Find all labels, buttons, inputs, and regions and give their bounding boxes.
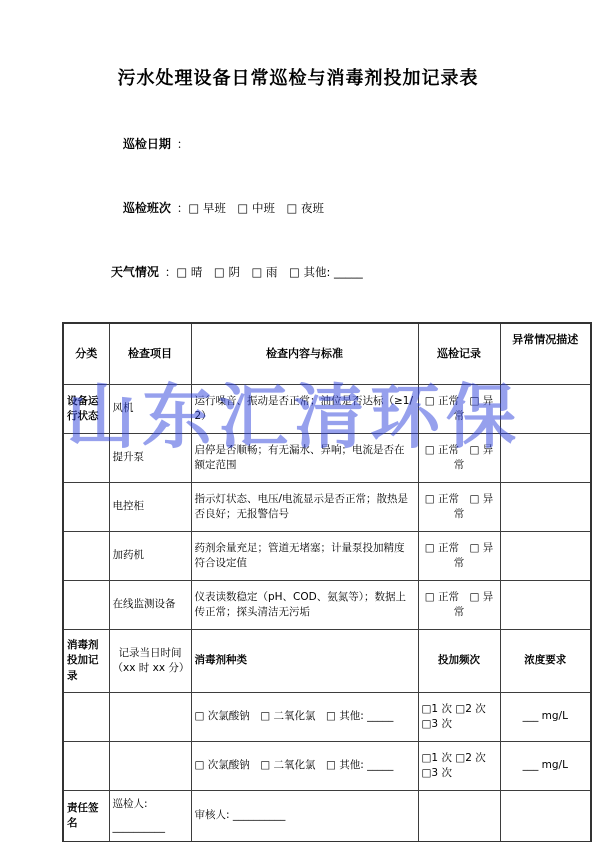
record-table-wrap: 分类 检查项目 检查内容与标准 巡检记录 异常情况描述 设备运行状态 风机 运行… xyxy=(62,322,596,842)
dosing-row-1: □ 次氯酸钠 □ 二氧化氯 □ 其他: _____ □1 次 □2 次 □3 次… xyxy=(63,693,591,742)
dosing-category-blank xyxy=(63,693,109,742)
table-row-online-monitor: 在线监测设备 仪表读数稳定（pH、COD、氨氮等）；数据上传正常；探头清洁无污垢… xyxy=(63,581,591,630)
item-cell: 在线监测设备 xyxy=(109,581,191,630)
record-checkboxes: □ 正常 □ 异常 xyxy=(418,434,500,483)
record-checkboxes: □ 正常 □ 异常 xyxy=(418,532,500,581)
weather-label: 天气情况 xyxy=(111,265,159,279)
record-checkboxes: □ 正常 □ 异常 xyxy=(418,483,500,532)
standard-cell: 启停是否顺畅；有无漏水、异响；电流是否在额定范围 xyxy=(191,434,418,483)
reviewer-signature-cell: 审核人: __________ xyxy=(191,791,418,842)
table-row-control-cabinet: 电控柜 指示灯状态、电压/电流显示是否正常；散热是否良好；无报警信号 □ 正常 … xyxy=(63,483,591,532)
standard-cell: 运行噪音、振动是否正常；油位是否达标（≥1/2） xyxy=(191,385,418,434)
document-page: 污水处理设备日常巡检与消毒剂投加记录表 巡检日期： 巡检班次：□ 早班 □ 中班… xyxy=(0,0,596,842)
signature-category-cell: 责任签名 xyxy=(63,791,109,842)
category-cell xyxy=(63,483,109,532)
dosing-row-2: □ 次氯酸钠 □ 二氧化氯 □ 其他: _____ □1 次 □2 次 □3 次… xyxy=(63,742,591,791)
dosing-type-header: 消毒剂种类 xyxy=(191,630,418,693)
inspector-signature-cell: 巡检人: __________ xyxy=(109,791,191,842)
weather-options: ：□ 晴 □ 阴 □ 雨 □ 其他: _____ xyxy=(165,265,363,279)
inspection-shift-label: 巡检班次 xyxy=(123,201,171,215)
dosing-type-checkboxes: □ 次氯酸钠 □ 二氧化氯 □ 其他: _____ xyxy=(191,693,418,742)
note-cell xyxy=(500,434,591,483)
inspection-shift-options: ：□ 早班 □ 中班 □ 夜班 xyxy=(177,201,324,215)
header-record: 巡检记录 xyxy=(418,323,500,385)
field-inspection-date: 巡检日期： xyxy=(100,120,596,168)
standard-cell: 药剂余量充足；管道无堵塞；计量泵投加精度符合设定值 xyxy=(191,532,418,581)
inspection-date-label: 巡检日期 xyxy=(123,137,171,151)
field-inspection-shift: 巡检班次：□ 早班 □ 中班 □ 夜班 xyxy=(100,184,596,232)
note-cell xyxy=(500,385,591,434)
record-checkboxes: □ 正常 □ 异常 xyxy=(418,385,500,434)
signature-row: 责任签名 巡检人: __________ 审核人: __________ xyxy=(63,791,591,842)
signature-conc-blank xyxy=(500,791,591,842)
category-cell xyxy=(63,434,109,483)
inspector-signature-line: __________ xyxy=(113,820,188,835)
dosing-freq-header: 投加频次 xyxy=(418,630,500,693)
table-header-row: 分类 检查项目 检查内容与标准 巡检记录 异常情况描述 xyxy=(63,323,591,385)
item-cell: 风机 xyxy=(109,385,191,434)
dosing-conc-cell: ___ mg/L xyxy=(500,693,591,742)
dosing-time-cell xyxy=(109,742,191,791)
category-cell: 设备运行状态 xyxy=(63,385,109,434)
table-row-dosing-machine: 加药机 药剂余量充足；管道无堵塞；计量泵投加精度符合设定值 □ 正常 □ 异常 xyxy=(63,532,591,581)
standard-cell: 指示灯状态、电压/电流显示是否正常；散热是否良好；无报警信号 xyxy=(191,483,418,532)
header-fields: 巡检日期： 巡检班次：□ 早班 □ 中班 □ 夜班 天气情况：□ 晴 □ 阴 □… xyxy=(100,120,596,296)
record-table: 分类 检查项目 检查内容与标准 巡检记录 异常情况描述 设备运行状态 风机 运行… xyxy=(62,322,592,842)
header-category: 分类 xyxy=(63,323,109,385)
dosing-freq-checkboxes: □1 次 □2 次 □3 次 xyxy=(418,742,500,791)
category-cell xyxy=(63,532,109,581)
inspection-date-value: ： xyxy=(177,137,189,151)
dosing-conc-header: 浓度要求 xyxy=(500,630,591,693)
table-row-fan: 设备运行状态 风机 运行噪音、振动是否正常；油位是否达标（≥1/2） □ 正常 … xyxy=(63,385,591,434)
note-cell xyxy=(500,581,591,630)
dosing-category-cell: 消毒剂投加记录 xyxy=(63,630,109,693)
dosing-conc-cell: ___ mg/L xyxy=(500,742,591,791)
inspector-label: 巡检人: xyxy=(113,798,148,810)
signature-freq-blank xyxy=(418,791,500,842)
item-cell: 提升泵 xyxy=(109,434,191,483)
header-abnormal-note: 异常情况描述 xyxy=(500,323,591,385)
item-cell: 加药机 xyxy=(109,532,191,581)
note-cell xyxy=(500,483,591,532)
page-title: 污水处理设备日常巡检与消毒剂投加记录表 xyxy=(0,64,596,90)
record-checkboxes: □ 正常 □ 异常 xyxy=(418,581,500,630)
dosing-time-header: 记录当日时间（xx 时 xx 分） xyxy=(109,630,191,693)
header-standard: 检查内容与标准 xyxy=(191,323,418,385)
standard-cell: 仪表读数稳定（pH、COD、氨氮等）；数据上传正常；探头清洁无污垢 xyxy=(191,581,418,630)
category-cell xyxy=(63,581,109,630)
dosing-section-header-row: 消毒剂投加记录 记录当日时间（xx 时 xx 分） 消毒剂种类 投加频次 浓度要… xyxy=(63,630,591,693)
header-item: 检查项目 xyxy=(109,323,191,385)
dosing-category-blank xyxy=(63,742,109,791)
dosing-freq-checkboxes: □1 次 □2 次 □3 次 xyxy=(418,693,500,742)
field-weather: 天气情况：□ 晴 □ 阴 □ 雨 □ 其他: _____ xyxy=(88,248,596,296)
dosing-time-cell xyxy=(109,693,191,742)
note-cell xyxy=(500,532,591,581)
table-row-lift-pump: 提升泵 启停是否顺畅；有无漏水、异响；电流是否在额定范围 □ 正常 □ 异常 xyxy=(63,434,591,483)
item-cell: 电控柜 xyxy=(109,483,191,532)
dosing-type-checkboxes: □ 次氯酸钠 □ 二氧化氯 □ 其他: _____ xyxy=(191,742,418,791)
